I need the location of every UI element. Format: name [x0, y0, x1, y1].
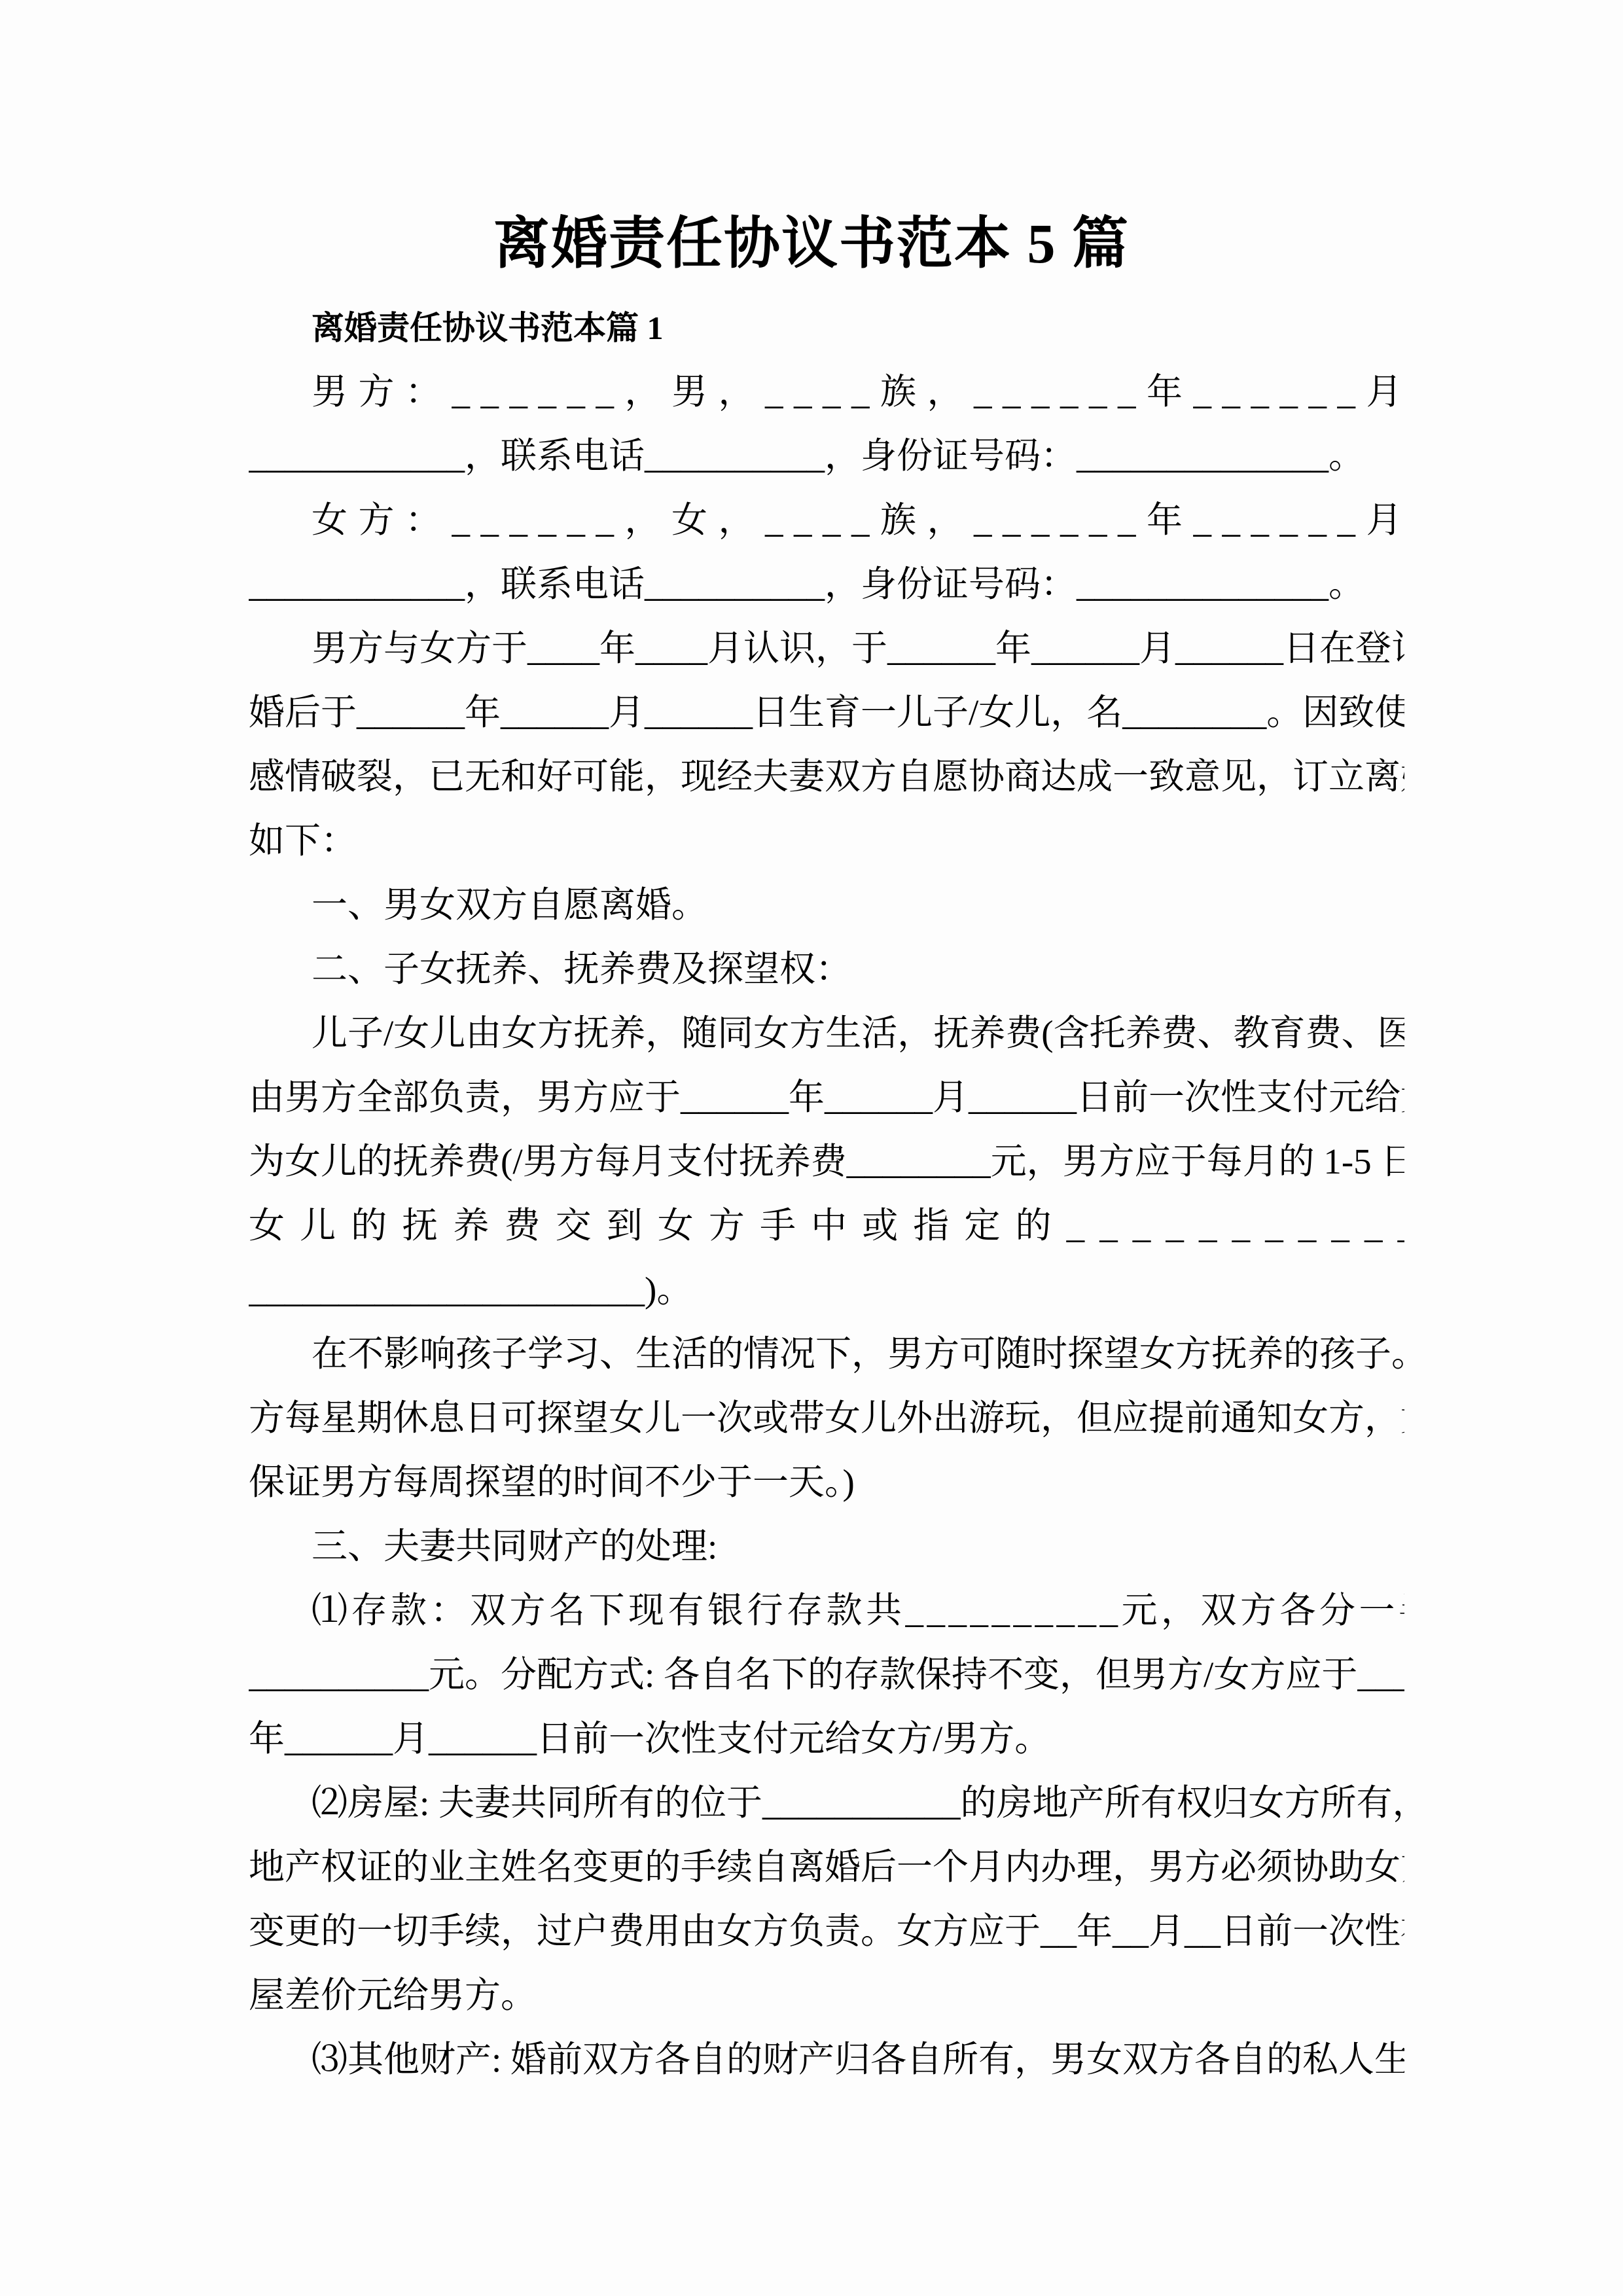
- text-line: ⑵房屋: 夫妻共同所有的位于___________的房地产所有权归女方所有，房: [249, 1771, 1404, 1835]
- section-heading: 离婚责任协议书范本篇 1: [249, 296, 1404, 360]
- text-line: 儿子/女儿由女方抚养，随同女方生活，抚养费(含托养费、教育费、医疗费): [249, 1001, 1404, 1066]
- text-line: 女方：______，女，____族，______年______月______日生…: [249, 488, 1404, 552]
- text-line: __________元。分配方式: 各自名下的存款保持不变，但男方/女方应于__…: [249, 1643, 1404, 1707]
- text-line: 如下：: [249, 809, 1404, 873]
- text-line: 年______月______日前一次性支付元给女方/男方。: [249, 1707, 1404, 1771]
- text-line: 一、男女双方自愿离婚。: [249, 873, 1404, 937]
- document-page: 离婚责任协议书范本 5 篇 离婚责任协议书范本篇 1 男方：______，男，_…: [0, 0, 1623, 2296]
- text-line: 变更的一切手续，过户费用由女方负责。女方应于__年__月__日前一次性补偿房: [249, 1899, 1404, 1964]
- text-line: 由男方全部负责，男方应于______年______月______日前一次性支付元…: [249, 1066, 1404, 1130]
- text-line: 婚后于______年______月______日生育一儿子/女儿，名______…: [249, 681, 1404, 745]
- text-line: 屋差价元给男方。: [249, 1964, 1404, 2028]
- text-line: ____________，联系电话__________，身份证号码：______…: [249, 552, 1404, 617]
- text-line: 方每星期休息日可探望女儿一次或带女儿外出游玩，但应提前通知女方，女方应: [249, 1386, 1404, 1450]
- text-line: 保证男方每周探望的时间不少于一天。): [249, 1450, 1404, 1515]
- text-line: ⑶其他财产: 婚前双方各自的财产归各自所有，男女双方各自的私人生活用: [249, 2028, 1404, 2092]
- document-title: 离婚责任协议书范本 5 篇: [0, 198, 1623, 279]
- text-line: 男方：______，男，____族，______年______月______日生…: [249, 360, 1404, 424]
- text-line: 三、夫妻共同财产的处理:: [249, 1515, 1404, 1579]
- document-body: 离婚责任协议书范本篇 1 男方：______，男，____族，______年__…: [249, 296, 1404, 2092]
- text-line: 感情破裂，已无和好可能，现经夫妻双方自愿协商达成一致意见，订立离婚协议: [249, 745, 1404, 809]
- text-line: 男方与女方于____年____月认识，于______年______月______…: [249, 617, 1404, 681]
- text-line: ____________，联系电话__________，身份证号码：______…: [249, 424, 1404, 488]
- text-line: ⑴存款：双方名下现有银行存款共__________元，双方各分一半，为: [249, 1579, 1404, 1643]
- text-line: 女儿的抚养费交到女方手中或指定的____________银行帐号：: [249, 1194, 1404, 1258]
- text-line: ______________________)。: [249, 1258, 1404, 1322]
- text-line: 为女儿的抚养费(/男方每月支付抚养费________元，男方应于每月的 1-5 …: [249, 1130, 1404, 1194]
- text-line: 在不影响孩子学习、生活的情况下，男方可随时探望女方抚养的孩子。(/男: [249, 1322, 1404, 1386]
- text-line: 二、子女抚养、抚养费及探望权：: [249, 937, 1404, 1001]
- text-line: 地产权证的业主姓名变更的手续自离婚后一个月内办理，男方必须协助女方办理: [249, 1835, 1404, 1899]
